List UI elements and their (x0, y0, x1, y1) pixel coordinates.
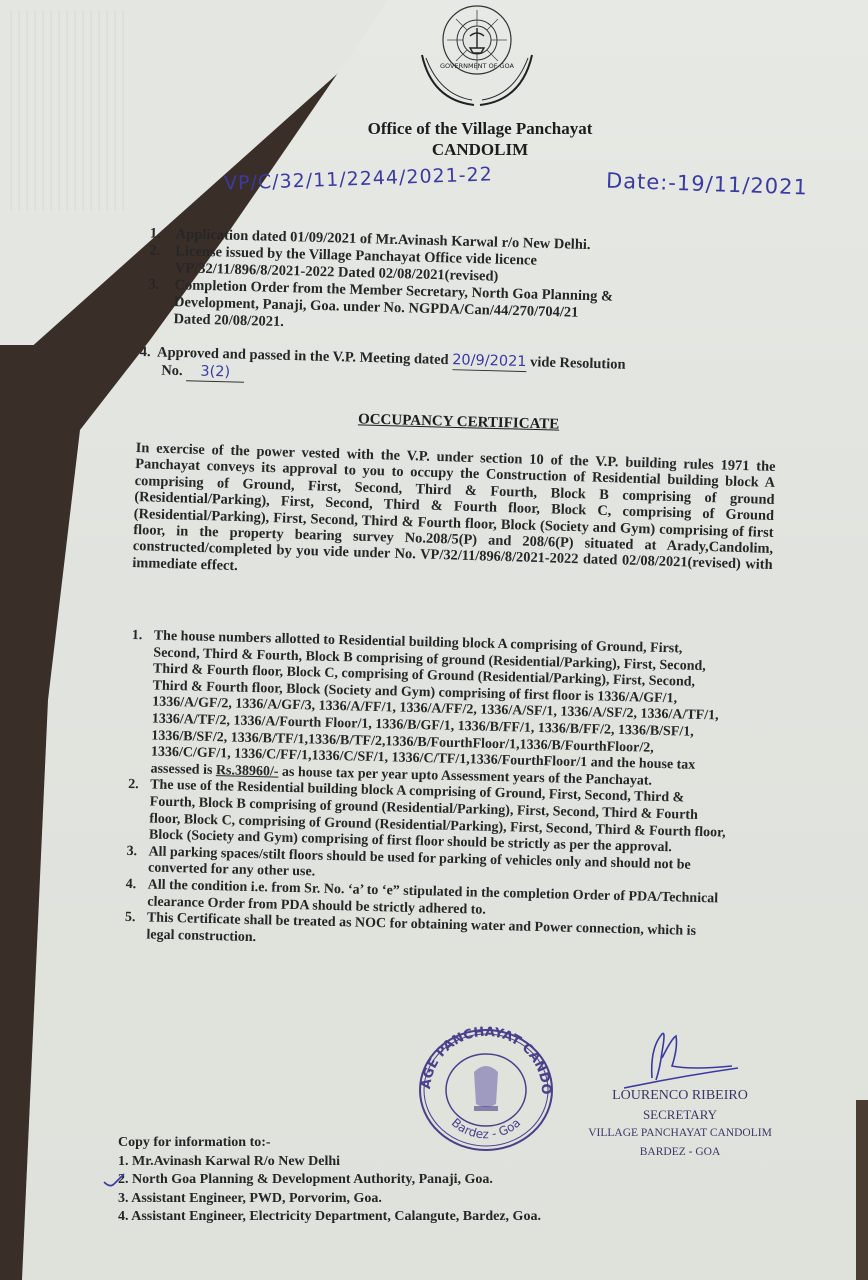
secretary-signature-icon (622, 1028, 742, 1090)
copy-to-heading: Copy for information to:- (118, 1134, 718, 1153)
signatory-name: LOURENCO RIBEIRO (580, 1086, 780, 1105)
svg-text:GOVERNMENT OF GOA: GOVERNMENT OF GOA (440, 62, 515, 70)
meeting-date: 20/9/2021 (452, 352, 527, 372)
certificate-body: In exercise of the power vested with the… (132, 440, 776, 590)
signatory-title: SECRETARY (580, 1105, 780, 1124)
resolution-number: 3(2) (186, 363, 244, 383)
conditions-list: 1. The house numbers allotted to Residen… (124, 628, 732, 958)
office-name: Office of the Village Panchayat (340, 118, 620, 139)
copy-to-item: 1. Mr.Avinash Karwal R/o New Delhi (118, 1153, 718, 1172)
table-edge (856, 1100, 868, 1280)
checkmark-icon (102, 1172, 126, 1188)
copy-to-list: Copy for information to:- 1. Mr.Avinash … (118, 1134, 718, 1227)
office-heading: Office of the Village Panchayat CANDOLIM (340, 118, 620, 160)
village-name: CANDOLIM (340, 139, 620, 160)
copy-to-item: 2. North Goa Planning & Development Auth… (118, 1171, 718, 1190)
house-tax-amount: Rs.38960/- (216, 763, 279, 780)
references-list: 1. Application dated 01/09/2021 of Mr.Av… (165, 226, 707, 342)
copy-to-item: 3. Assistant Engineer, PWD, Porvorim, Go… (118, 1190, 718, 1209)
background-paper-text (10, 10, 130, 210)
condition-item: 1. The house numbers allotted to Residen… (128, 628, 731, 792)
copy-to-item: 4. Assistant Engineer, Electricity Depar… (118, 1208, 718, 1227)
government-of-goa-emblem-icon: GOVERNMENT OF GOA (412, 0, 542, 110)
